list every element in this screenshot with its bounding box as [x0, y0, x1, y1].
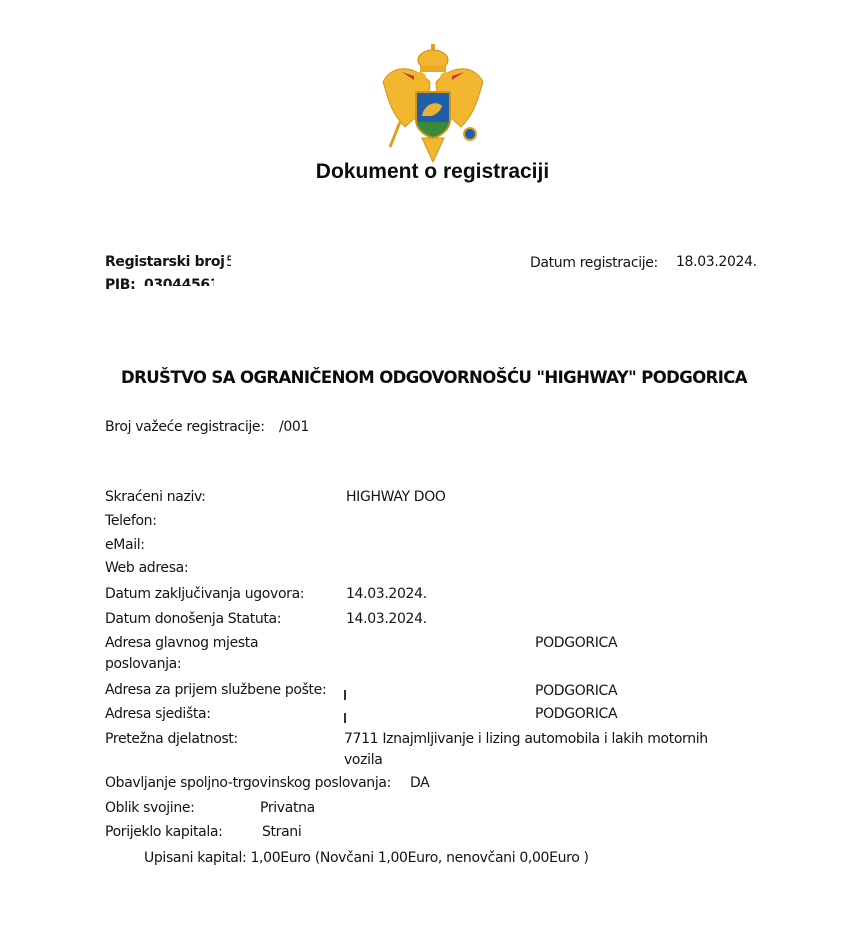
coat-of-arms-emblem — [380, 42, 486, 164]
statute-date-label: Datum donošenja Statuta: — [105, 611, 281, 627]
mail-address-label: Adresa za prijem službene pošte: — [105, 682, 326, 698]
seat-address-redacted — [344, 709, 346, 727]
registration-date-label: Datum registracije: — [530, 255, 658, 271]
pib-label: PIB: — [105, 277, 135, 293]
company-full-name: DRUŠTVO SA OGRANIČENOM ODGOVORNOŠĆU "HIG… — [0, 368, 865, 387]
double-headed-eagle-icon — [380, 42, 486, 164]
short-name-label: Skraćeni naziv: — [105, 489, 206, 505]
main-address-label-line2: poslovanja: — [105, 656, 181, 672]
reg-number-value: 5 — [226, 254, 231, 270]
pib-fragment: 03044561 — [144, 277, 214, 286]
main-activity-value-line2: vozila — [344, 752, 382, 768]
capital-origin-value: Strani — [262, 824, 301, 840]
foreign-trade-label: Obavljanje spoljno-trgovinskog poslovanj… — [105, 775, 391, 791]
ownership-value: Privatna — [260, 800, 315, 816]
reg-number-fragment: 5 — [226, 254, 231, 268]
main-activity-value-line1: 7711 Iznajmljivanje i lizing automobila … — [344, 731, 708, 747]
ownership-label: Oblik svojine: — [105, 800, 194, 816]
contract-date-label: Datum zaključivanja ugovora: — [105, 586, 304, 602]
capital-origin-label: Porijeklo kapitala: — [105, 824, 223, 840]
document-title: Dokument o registraciji — [0, 160, 865, 184]
main-address-city: PODGORICA — [535, 635, 617, 651]
seat-address-label: Adresa sjedišta: — [105, 706, 211, 722]
subscribed-capital: Upisani kapital: 1,00Euro (Novčani 1,00E… — [144, 850, 589, 866]
valid-registration-label: Broj važeće registracije: — [105, 419, 265, 435]
foreign-trade-value: DA — [410, 775, 429, 791]
reg-number-label: Registarski broj — [105, 254, 225, 270]
main-address-label-line1: Adresa glavnog mjesta — [105, 635, 258, 651]
mail-address-redacted — [344, 686, 346, 704]
phone-label: Telefon: — [105, 513, 157, 529]
short-name-value: HIGHWAY DOO — [346, 489, 446, 505]
registration-date-value: 18.03.2024. — [676, 254, 757, 270]
contract-date-value: 14.03.2024. — [346, 586, 427, 602]
email-label: eMail: — [105, 537, 145, 553]
statute-date-value: 14.03.2024. — [346, 611, 427, 627]
valid-registration-value: /001 — [279, 419, 309, 435]
pib-value: 03044561 — [144, 277, 214, 293]
seat-address-city: PODGORICA — [535, 706, 617, 722]
mail-address-city: PODGORICA — [535, 683, 617, 699]
main-activity-label: Pretežna djelatnost: — [105, 731, 238, 747]
web-label: Web adresa: — [105, 560, 188, 576]
